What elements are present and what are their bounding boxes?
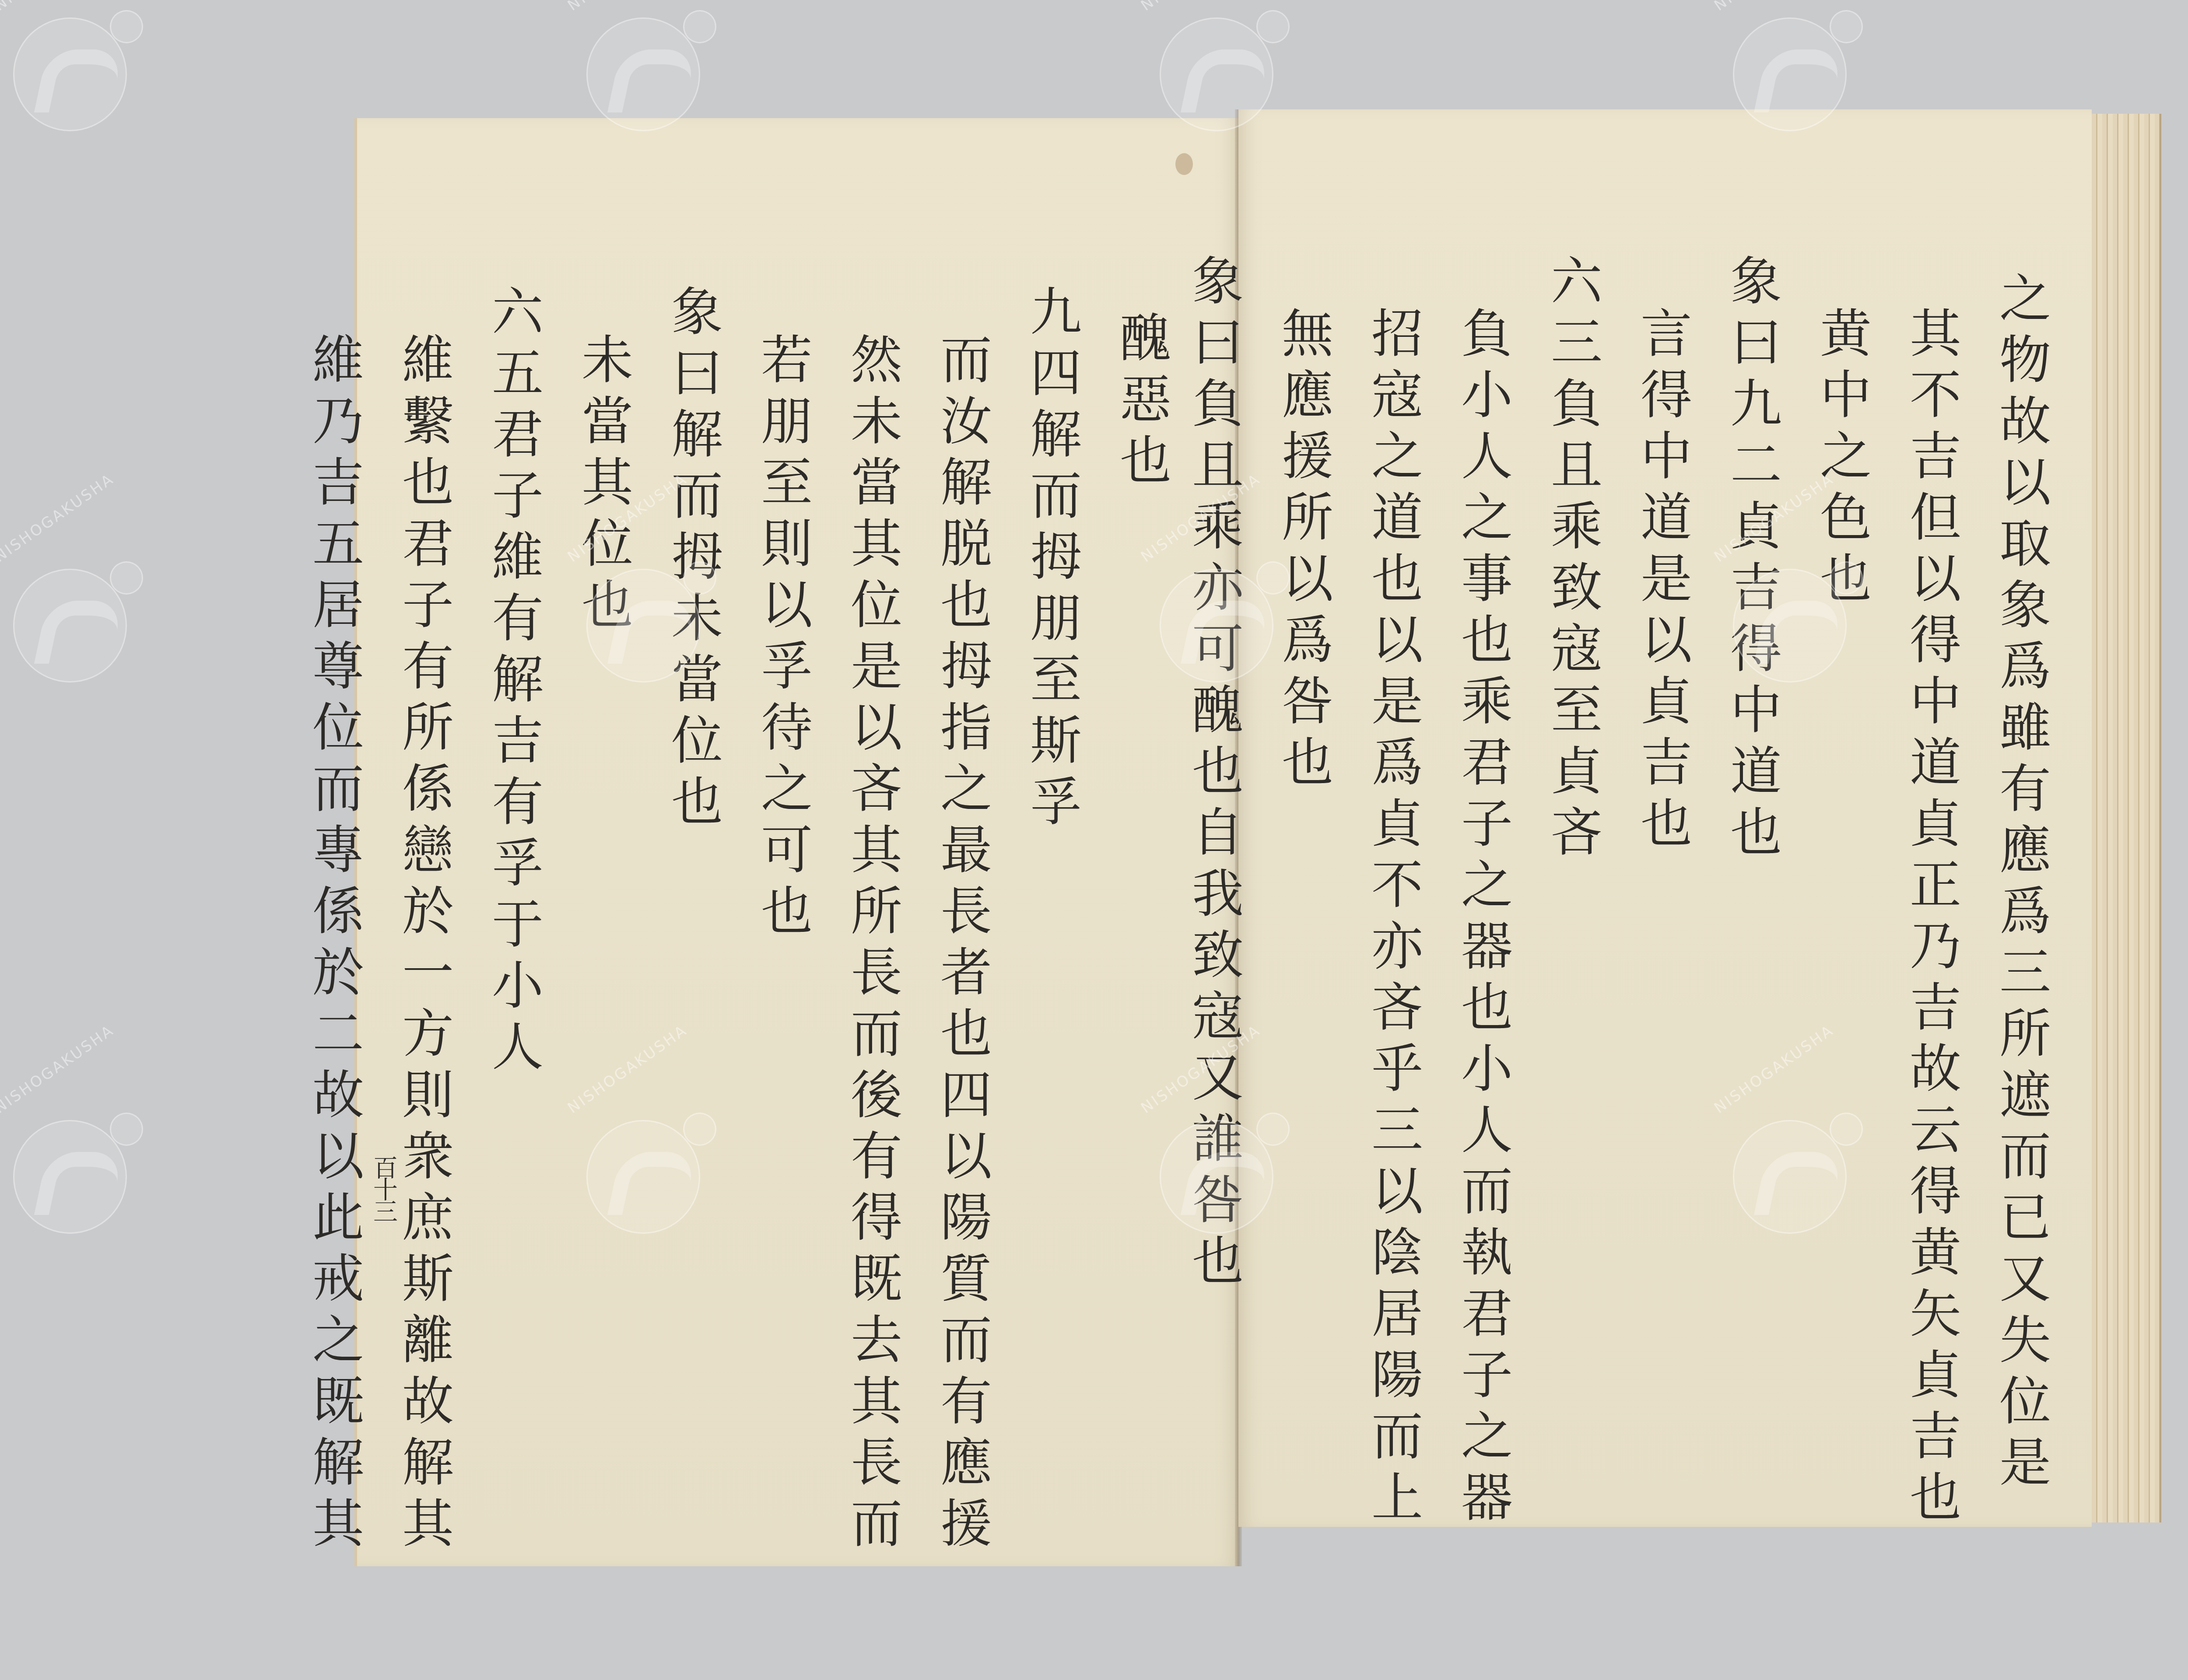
left-page: 醜惡也 九四解而拇朋至斯孚 而汝解脱也拇指之最長者也四以陽質而有應援 然未當其位… xyxy=(354,118,1238,1566)
text-column: 黄中之色也 xyxy=(1796,254,1886,1492)
text-column: 象曰解而拇未當位也 xyxy=(648,284,737,1531)
right-page-text-columns: 之物故以取象爲雖有應爲三所遮而已又失位是 其不吉但以得中道貞正乃吉故云得黄矢貞吉… xyxy=(1168,254,2065,1492)
left-page-text-columns: 醜惡也 九四解而拇朋至斯孚 而汝解脱也拇指之最長者也四以陽質而有應援 然未當其位… xyxy=(289,284,1186,1531)
text-column: 之物故以取象爲雖有應爲三所遮而已又失位是 xyxy=(1976,254,2065,1492)
text-column: 九四解而拇朋至斯孚 xyxy=(1006,284,1096,1531)
page-number: 百十三 xyxy=(366,1155,401,1221)
nishogakusha-watermark-icon: NISHOGAKUSHA xyxy=(13,1120,127,1234)
nishogakusha-watermark-icon: NISHOGAKUSHA xyxy=(13,17,127,131)
text-column: 象曰九二貞吉得中道也 xyxy=(1707,254,1796,1492)
text-column: 六三負且乘致寇至貞吝 xyxy=(1527,254,1617,1492)
text-column: 維乃吉五居尊位而專係於二故以此戒之既解其 xyxy=(289,284,379,1531)
ink-stain xyxy=(1175,153,1193,175)
text-column: 無應援所以爲咎也 xyxy=(1258,254,1348,1492)
text-column: 象曰負且乘亦可醜也自我致寇又誰咎也 xyxy=(1168,254,1258,1492)
page-stack-edge xyxy=(2092,114,2161,1522)
text-column: 其不吉但以得中道貞正乃吉故云得黄矢貞吉也 xyxy=(1886,254,1976,1492)
open-book: 醜惡也 九四解而拇朋至斯孚 而汝解脱也拇指之最長者也四以陽質而有應援 然未當其位… xyxy=(354,109,2160,1571)
text-column: 言得中道是以貞吉也 xyxy=(1617,254,1707,1492)
text-column: 若朋至則以孚待之可也 xyxy=(737,284,827,1531)
nishogakusha-watermark-icon: NISHOGAKUSHA xyxy=(13,569,127,682)
text-column: 六五君子維有解吉有孚于小人 xyxy=(468,284,558,1531)
right-page: 之物故以取象爲雖有應爲三所遮而已又失位是 其不吉但以得中道貞正乃吉故云得黄矢貞吉… xyxy=(1238,109,2092,1527)
text-column: 維繫也君子有所係戀於一方則衆庶斯離故解其 xyxy=(379,284,468,1531)
text-column: 負小人之事也乘君子之器也小人而執君子之器 xyxy=(1438,254,1527,1492)
text-column: 然未當其位是以吝其所長而後有得既去其長而 xyxy=(827,284,917,1531)
text-column: 而汝解脱也拇指之最長者也四以陽質而有應援 xyxy=(917,284,1006,1531)
text-column: 未當其位也 xyxy=(558,284,648,1531)
text-column: 招寇之道也以是爲貞不亦吝乎三以陰居陽而上 xyxy=(1348,254,1438,1492)
